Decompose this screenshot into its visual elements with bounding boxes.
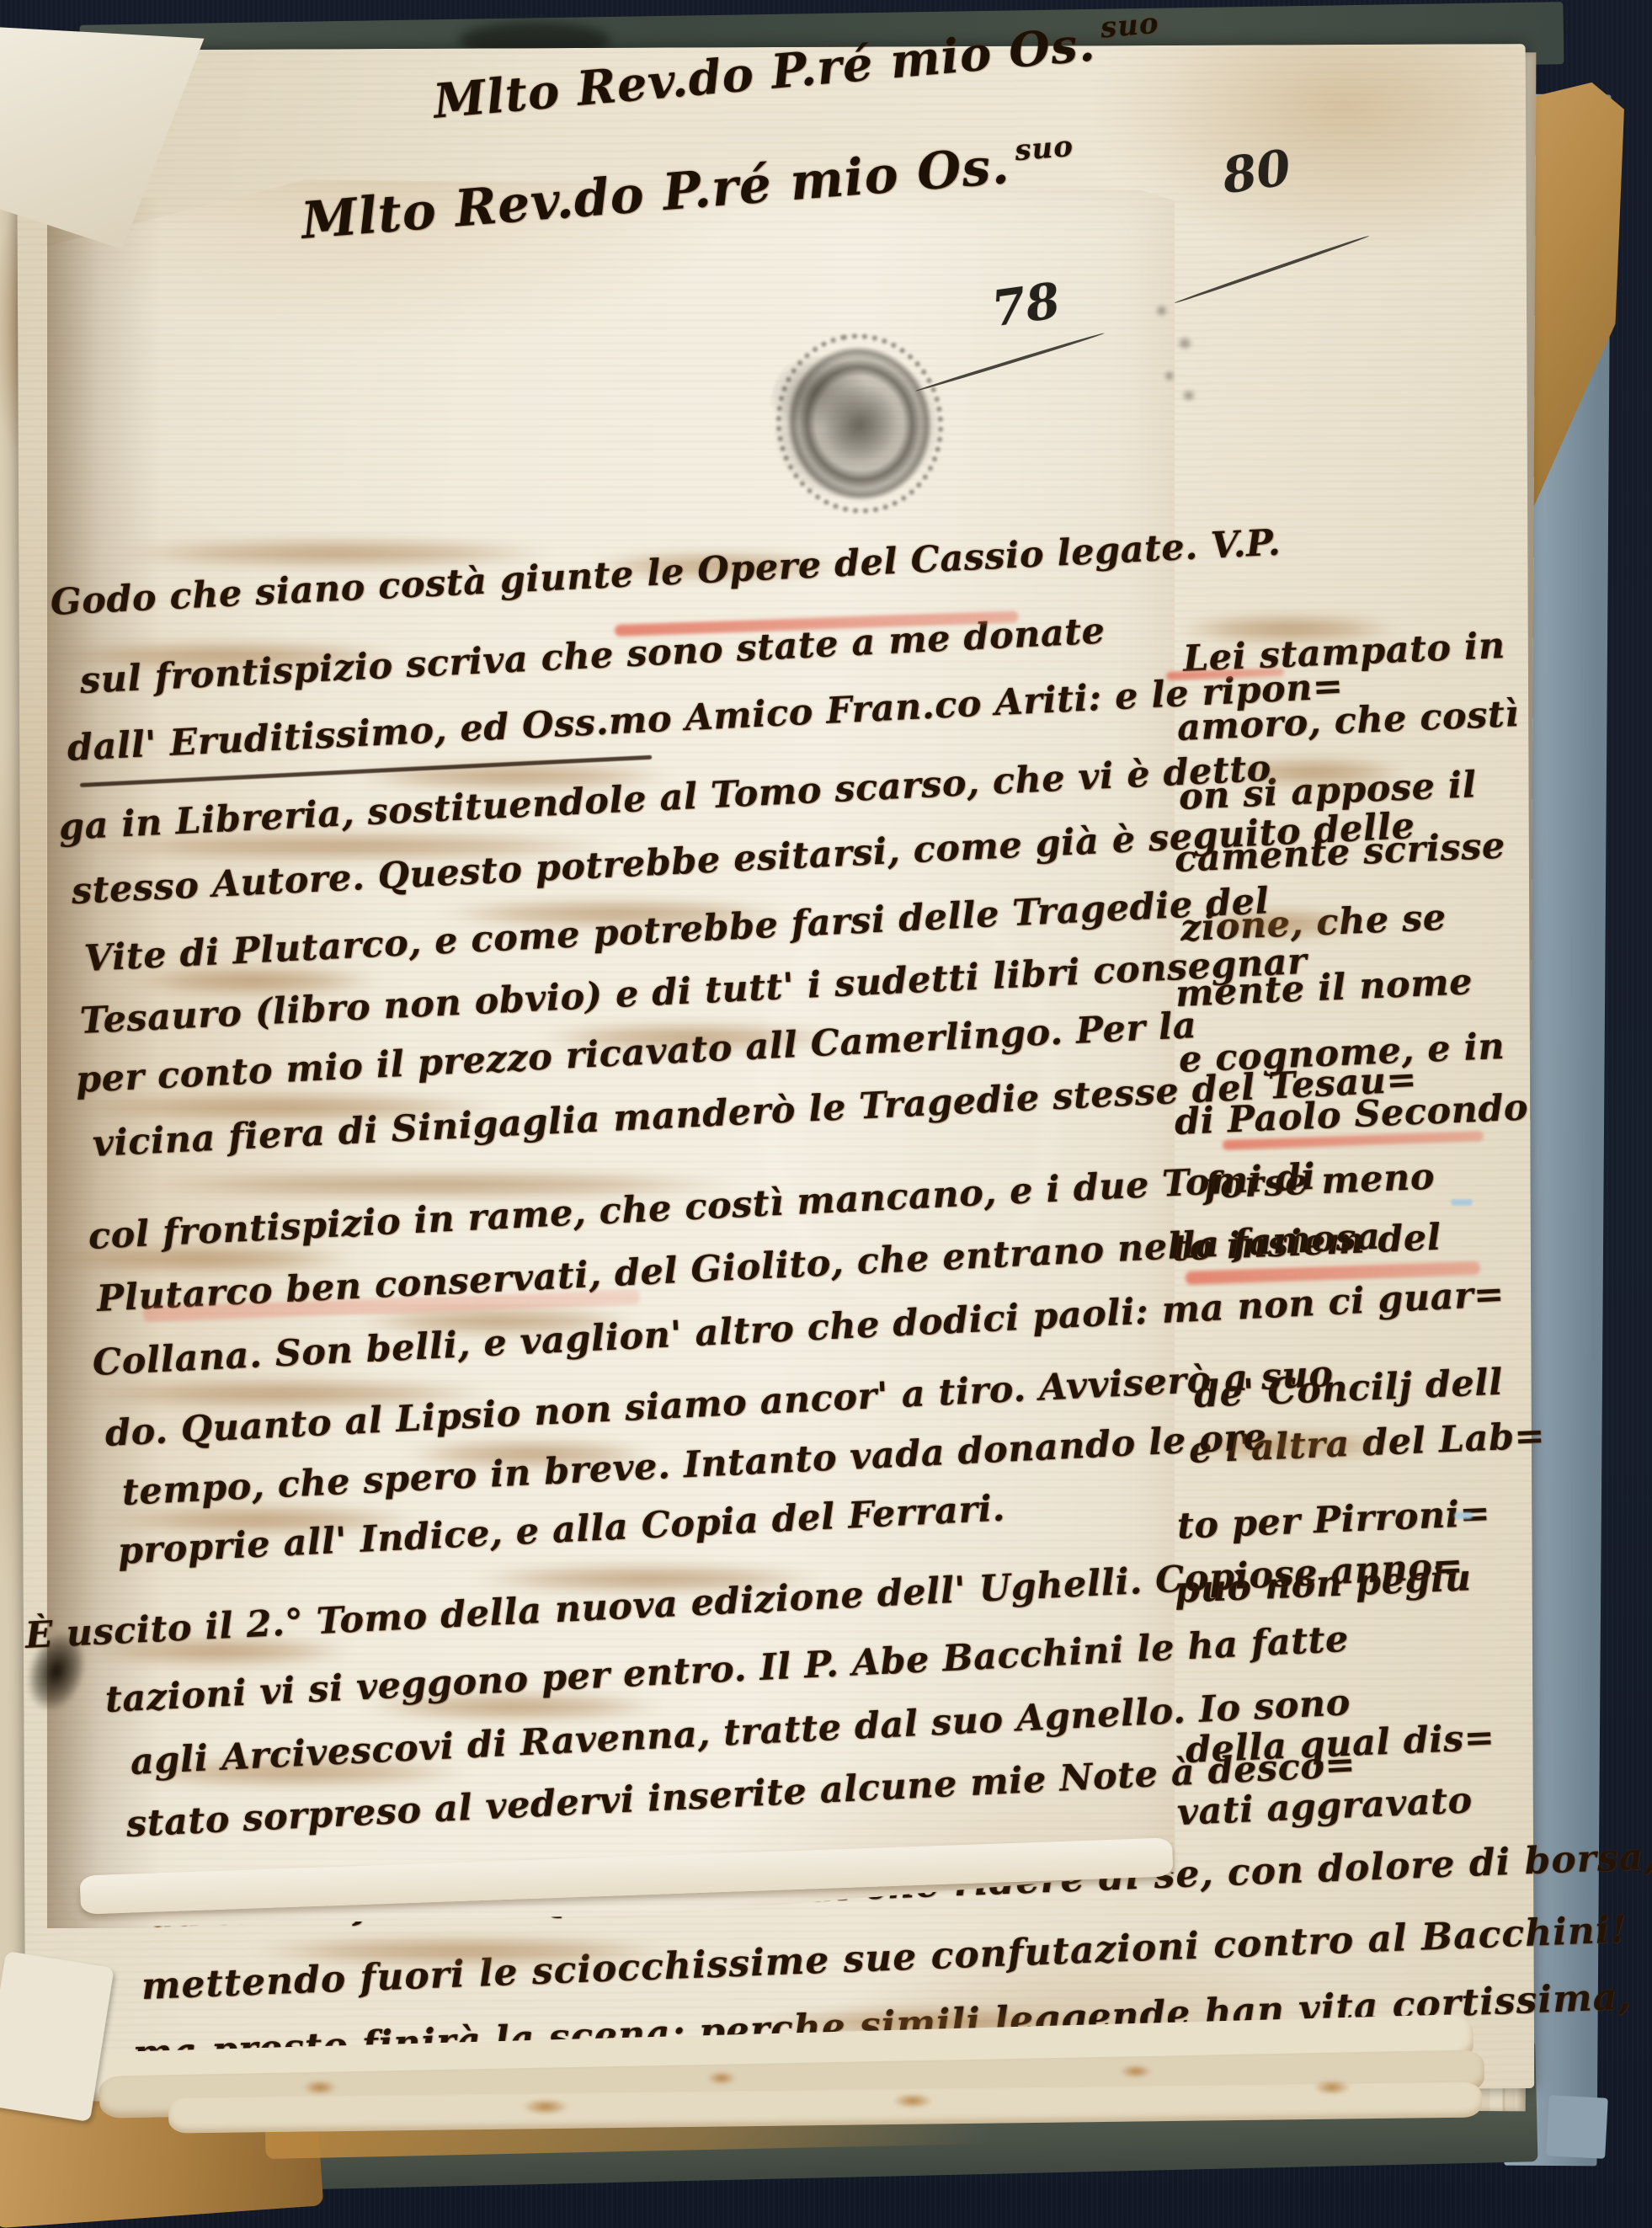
cover-fragment-bottom-right xyxy=(1546,2095,1608,2159)
folio-number-78: 78 xyxy=(989,272,1063,338)
manuscript-photo-stage: Mlto Rev.do P.ré mio Os.suo 80 Lei stamp… xyxy=(0,0,1652,2228)
bleed-through-stain xyxy=(1179,615,1398,643)
foxing-spot xyxy=(303,2080,337,2095)
heading-superscript: suo xyxy=(1099,7,1160,45)
foxing-spot xyxy=(1314,2080,1351,2095)
heading-superscript: suo xyxy=(1014,130,1074,168)
foxing-spot xyxy=(893,2093,933,2108)
partial-stamp-offset xyxy=(1138,285,1216,415)
folio-number-80: 80 xyxy=(1219,139,1294,205)
blue-pencil-mark xyxy=(1451,1199,1473,1206)
foxing-spot xyxy=(522,2098,569,2115)
foxing-spot xyxy=(1120,2065,1152,2078)
bleed-through-stain xyxy=(253,1937,674,1965)
foxing-spot xyxy=(707,2071,736,2085)
blue-pencil-mark xyxy=(1454,1512,1473,1519)
